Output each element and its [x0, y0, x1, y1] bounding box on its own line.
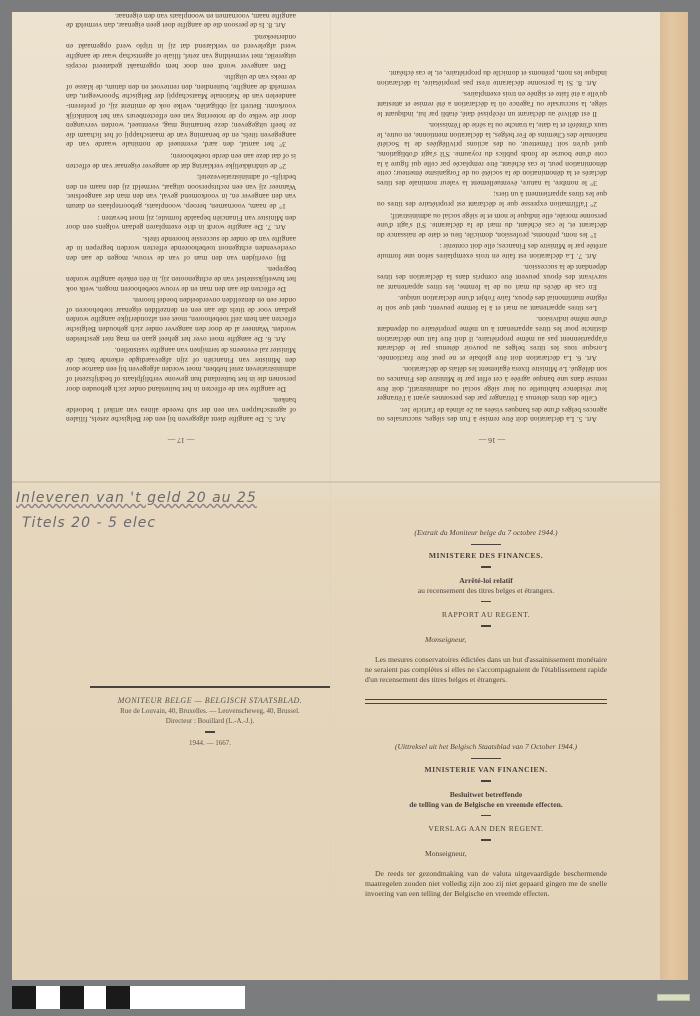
dutch-ministry: MINISTERIE VAN FINANCIEN.: [365, 765, 607, 775]
upper-left-page-upside-down: — 17 —Art. 5. De aangifte dient afgegeve…: [66, 50, 296, 455]
masthead-dash: [205, 731, 215, 733]
dutch-decree-title-1: Besluitwet betreffende: [365, 790, 607, 800]
paragraph: 2° l'affirmation expresse que le déclara…: [377, 190, 607, 209]
color-patch: [106, 986, 130, 1009]
paragraph: Art. 8. Is de persoon die de aangifte do…: [66, 11, 296, 30]
color-patch: [130, 986, 245, 1009]
dash: [481, 815, 491, 817]
dash: [481, 839, 491, 841]
handwritten-note-line-2: Titels 20 - 5 elec: [22, 515, 156, 531]
rule: [471, 758, 501, 759]
dutch-salutation: Monseigneur,: [365, 849, 607, 859]
french-decree-title-2: au recensement des titres belges et étra…: [365, 586, 607, 596]
paragraph: En cas de décès du mari ou de la femme, …: [377, 263, 607, 292]
page-number: — 17 —: [66, 435, 296, 445]
double-rule: [365, 699, 607, 704]
paragraph: 1° de naam, voornamen, beroep, woonplaat…: [66, 173, 296, 211]
dutch-section: (Uittreksel uit het Belgisch Staatsblad …: [365, 742, 607, 899]
dutch-body: De reeds ter gezondmaking van de valuta …: [365, 869, 607, 899]
horizontal-fold: [12, 481, 660, 483]
color-calibration-bar: [12, 986, 245, 1009]
paragraph: De effecten die aan den man en de vrouw …: [66, 265, 296, 294]
upper-right-page-upside-down: — 16 —Art. 5. La déclaration doit être r…: [377, 50, 607, 455]
masthead-title: MONITEUR BELGE — BELGISCH STAATSBLAD.: [90, 696, 330, 706]
masthead-years: 1944. — 1667.: [90, 738, 330, 748]
color-patch: [36, 986, 60, 1009]
french-decree-title-1: Arrêté-loi relatif: [365, 576, 607, 586]
paragraph: De aangifte van de effecten in het buite…: [66, 346, 296, 394]
vertical-fold: [330, 12, 331, 980]
french-report-heading: RAPPORT AU REGENT.: [365, 610, 607, 620]
french-salutation: Monseigneur,: [365, 635, 607, 645]
dash: [481, 601, 491, 603]
handwritten-note-line-1: Inleveren van 't geld 20 au 25: [16, 490, 257, 506]
scale-bar: [657, 994, 690, 1001]
masthead: MONITEUR BELGE — BELGISCH STAATSBLAD. Ru…: [90, 686, 330, 748]
paragraph: Art. 7. La déclaration est faite en troi…: [377, 242, 607, 261]
rule: [471, 544, 501, 545]
paper-edge-strip: [660, 12, 688, 980]
paragraph: 3° le nombre, la nature, éventuellement …: [377, 121, 607, 188]
masthead-rule: [90, 686, 330, 688]
color-patch: [12, 986, 36, 1009]
french-extract-note: (Extrait du Moniteur belge du 7 octobre …: [365, 528, 607, 538]
dutch-report-heading: VERSLAG AAN DEN REGENT.: [365, 824, 607, 834]
paragraph: Art. 7. De aangifte wordt in drie exempl…: [66, 213, 296, 232]
masthead-address: Rue de Louvain, 40, Bruxelles. — Leuvens…: [90, 706, 330, 716]
paragraph: Den aangever wordt een door hem opgemaak…: [66, 32, 296, 70]
paragraph: 2° de uitdrukkelijke verklaring dat de a…: [66, 151, 296, 170]
paragraph: Bij overlijden van den man of van de vro…: [66, 234, 296, 263]
french-body: Les mesures conservatoires édictées dans…: [365, 655, 607, 685]
color-patch: [60, 986, 84, 1009]
paragraph: 1° les nom, prénoms, profession, domicil…: [377, 211, 607, 240]
dash: [481, 625, 491, 627]
french-section: (Extrait du Moniteur belge du 7 octobre …: [365, 528, 607, 714]
paragraph: Les titres appartenant au mari et à la f…: [377, 294, 607, 313]
paragraph: Celle des titres détenus à l'étranger pa…: [377, 365, 607, 403]
dutch-decree-title-2: de telling van de Belgische en vreemde e…: [365, 800, 607, 810]
masthead-director: Directeur : Bouillard (L.-A.-J.).: [90, 716, 330, 726]
paragraph: Il est délivré au déclarant un récépissé…: [377, 90, 607, 119]
paragraph: Art. 6. La déclaration doit être globale…: [377, 315, 607, 363]
dash: [481, 566, 491, 568]
page-number: — 16 —: [377, 435, 607, 445]
paragraph: Art. 6. De aangifte moet over het geheel…: [66, 296, 296, 344]
paragraph: Art. 8. Si la personne déclarante n'est …: [377, 69, 607, 88]
paragraph: Art. 5. De aangifte dient afgegeven bij …: [66, 396, 296, 425]
dash: [481, 780, 491, 782]
color-patch: [84, 986, 106, 1009]
paragraph: Art. 5. La déclaration doit être remise …: [377, 405, 607, 424]
french-ministry: MINISTERE DES FINANCES.: [365, 551, 607, 561]
dutch-extract-note: (Uittreksel uit het Belgisch Staatsblad …: [365, 742, 607, 752]
paragraph: 3° het aantal, den aard, eventueel de no…: [66, 73, 296, 150]
